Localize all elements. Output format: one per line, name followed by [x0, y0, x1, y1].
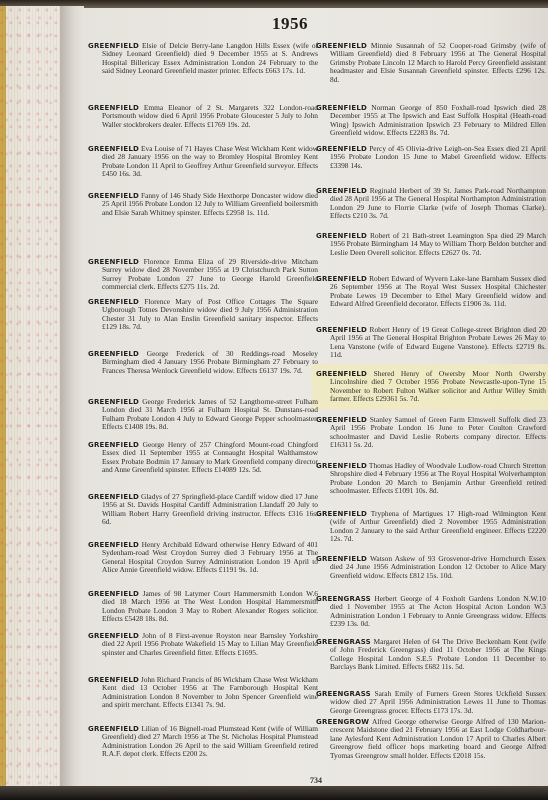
probate-entry: GREENGRASS Margaret Helen of 64 The Driv… [316, 638, 546, 672]
probate-entry: GREENFIELD Elsie of Delcie Berry-lane La… [88, 42, 318, 76]
probate-entry: GREENFIELD Gladys of 27 Springfield-plac… [88, 493, 318, 527]
page-number: 734 [310, 776, 322, 785]
probate-entry: GREENFIELD Reginald Herbert of 39 St. Ja… [316, 187, 546, 221]
probate-entry: GREENFIELD Shered Henry of Owersby Moor … [316, 370, 546, 404]
probate-entry: GREENFIELD George Frederick of 30 Reddin… [88, 350, 318, 375]
probate-entry: GREENFIELD Florence Emma Eliza of 29 Riv… [88, 258, 318, 292]
probate-entry: GREENFIELD Emma Eleanor of 2 St. Margare… [88, 104, 318, 129]
bottom-shadow [0, 786, 548, 800]
probate-entry: GREENFIELD Fanny of 146 Shady Side Hexth… [88, 192, 318, 217]
probate-entry: GREENFIELD Henry Archibald Edward otherw… [88, 541, 318, 575]
probate-entry: GREENFIELD Minnie Susannah of 52 Cooper-… [316, 42, 546, 84]
probate-entry: GREENFIELD John of 8 First-avenue Roysto… [88, 632, 318, 657]
page-year-heading: 1956 [272, 14, 308, 34]
probate-entry: GREENFIELD James of 98 Latymer Court Ham… [88, 590, 318, 624]
probate-entry: GREENFIELD Stanley Samuel of Green Farm … [316, 416, 546, 450]
probate-entry: GREENFIELD Eva Louise of 71 Hayes Chase … [88, 145, 318, 179]
probate-entry: GREENFIELD Percy of 45 Olivia-drive Leig… [316, 145, 546, 170]
probate-entry: GREENFIELD Robert Henry of 19 Great Coll… [316, 326, 546, 360]
probate-entry: GREENFIELD Tryphena of Martigues 17 High… [316, 510, 546, 544]
probate-entry: GREENGRASS Sarah Emily of Furners Green … [316, 690, 546, 715]
probate-entry: GREENFIELD Thomas Hadley of Woodvale Lud… [316, 462, 546, 496]
probate-entry: GREENGROW Alfred George otherwise George… [316, 718, 546, 760]
probate-entry: GREENFIELD Lilian of 16 Bignell-road Plu… [88, 725, 318, 759]
probate-entry: GREENFIELD George Frederick James of 52 … [88, 398, 318, 432]
probate-entry: GREENFIELD Watson Askew of 93 Grosvenor-… [316, 555, 546, 580]
book-page-edges [0, 6, 66, 788]
probate-entry: GREENFIELD Norman George of 850 Foxhall-… [316, 104, 546, 138]
probate-entry: GREENFIELD John Richard Francis of 86 Wi… [88, 676, 318, 710]
book-gutter [60, 6, 84, 788]
probate-entry: GREENFIELD Robert Edward of Wyvern Lake-… [316, 275, 546, 309]
probate-entry: GREENFIELD George Henry of 257 Chingford… [88, 441, 318, 475]
probate-entry: GREENFIELD Florence Mary of Post Office … [88, 298, 318, 332]
probate-entry: GREENGRASS Herbert George of 4 Foxholt G… [316, 595, 546, 629]
probate-entry: GREENFIELD Robert of 21 Bath-street Leam… [316, 232, 546, 257]
